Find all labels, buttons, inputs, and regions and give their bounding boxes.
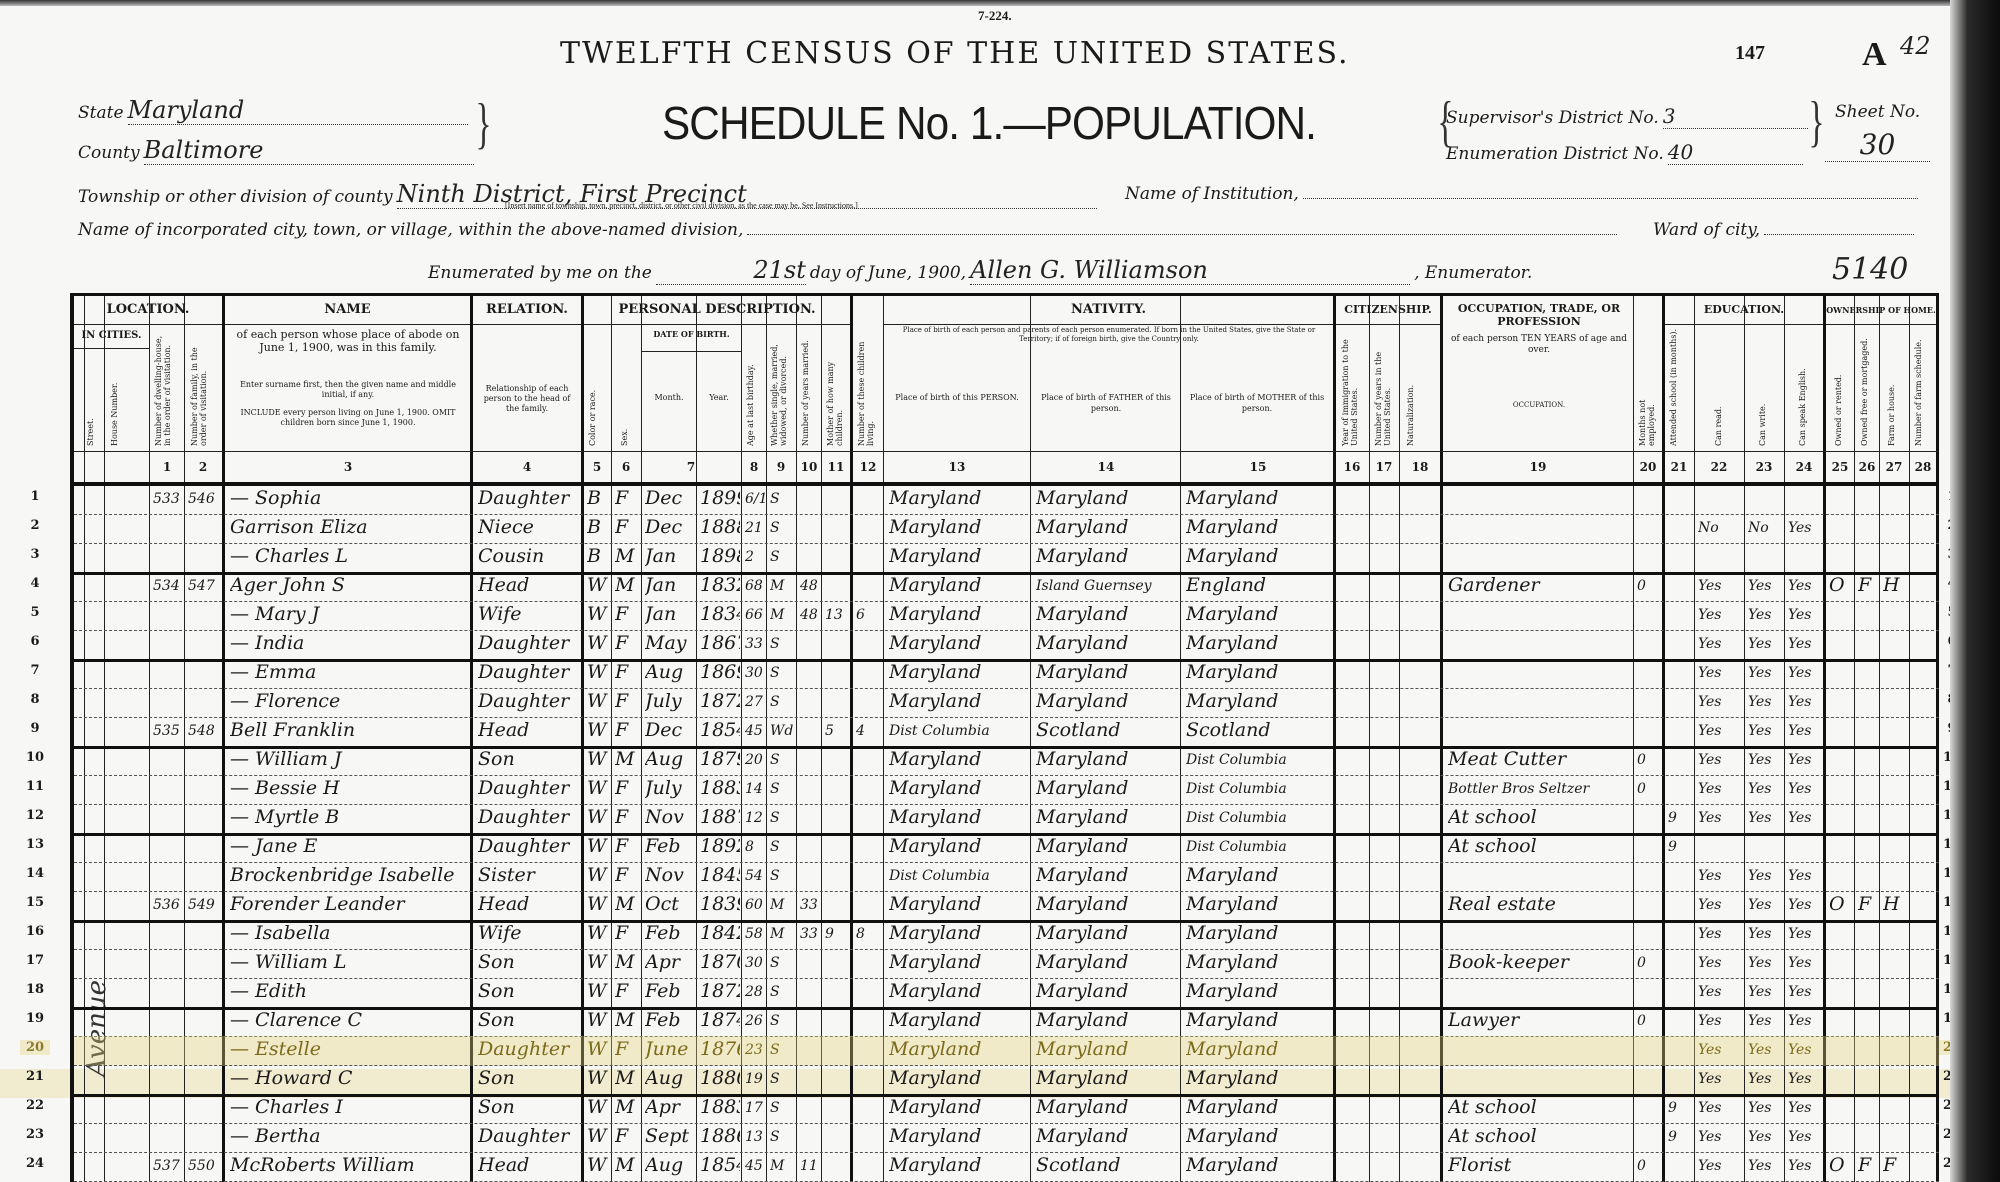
cell-read: Yes <box>1698 723 1743 739</box>
cell-speak: Yes <box>1788 984 1822 1000</box>
cell-name: — Bertha <box>230 1125 468 1147</box>
cell-rel: Cousin <box>478 545 578 567</box>
row-number-left: 20 <box>20 1040 50 1055</box>
cell-mu: 0 <box>1637 781 1661 797</box>
institution-value <box>1303 198 1918 199</box>
column-number: 26 <box>1852 460 1882 474</box>
cell-rel: Daughter <box>478 1125 578 1147</box>
cell-rel: Head <box>478 893 578 915</box>
cell-rel: Son <box>478 1096 578 1118</box>
cell-bf: Maryland <box>1036 893 1179 915</box>
cell-write: Yes <box>1748 810 1783 826</box>
enumerated-prefix: Enumerated by me on the <box>428 263 652 283</box>
row-number-left: 12 <box>20 808 50 823</box>
cell-color: W <box>587 864 610 886</box>
cell-write: Yes <box>1748 955 1783 971</box>
cell-bp: Maryland <box>889 1154 1029 1176</box>
cell-speak: Yes <box>1788 1158 1822 1174</box>
cell-color: W <box>587 719 610 741</box>
cell-mar: Wd <box>770 723 795 739</box>
cell-speak: Yes <box>1788 636 1822 652</box>
table-row[interactable]: — Clarence CSonWMFeb187426SMarylandMaryl… <box>74 1007 1939 1037</box>
cell-year: 1886 <box>700 1125 740 1147</box>
table-row[interactable]: 535548Bell FranklinHeadWFDec185445Wd54Di… <box>74 717 1939 749</box>
table-row[interactable]: — Howard CSonWMAug188019SMarylandMarylan… <box>74 1065 1939 1097</box>
cell-sex: M <box>615 1009 640 1031</box>
table-row[interactable]: — EdithSonWFFeb187228SMarylandMarylandMa… <box>74 978 1939 1010</box>
header-birth-father: Place of birth of FATHER of this person. <box>1036 392 1176 414</box>
cell-color: W <box>587 893 610 915</box>
cell-age: 19 <box>745 1071 765 1087</box>
cell-rel: Wife <box>478 922 578 944</box>
column-number: 24 <box>1789 460 1819 474</box>
cell-write: Yes <box>1748 781 1783 797</box>
schedule-title: SCHEDULE No. 1.—POPULATION. <box>662 96 1316 150</box>
column-number: 8 <box>739 460 769 474</box>
header-house-number: House Number. <box>110 356 119 446</box>
sheet-letter: A <box>1862 36 1887 74</box>
cell-year: 1842 <box>700 922 740 944</box>
table-row[interactable]: 537550McRoberts WilliamHeadWMAug185445M1… <box>74 1152 1939 1182</box>
cell-bm: Scotland <box>1186 719 1332 741</box>
header-dwelling: Number of dwelling-house, in the order o… <box>154 328 172 446</box>
cell-year: 1854 <box>700 1154 740 1176</box>
header-birth-person: Place of birth of this PERSON. <box>889 392 1025 403</box>
column-number: 5 <box>582 460 612 474</box>
cell-bm: Maryland <box>1186 1009 1332 1031</box>
cell-read: Yes <box>1698 1129 1743 1145</box>
cell-color: W <box>587 922 610 944</box>
enum-district-value: 40 <box>1668 140 1803 165</box>
cell-month: Nov <box>645 864 695 886</box>
county-field: County Baltimore <box>78 136 474 165</box>
cell-name: — Estelle <box>230 1038 468 1060</box>
cell-year: 1899 <box>700 487 740 509</box>
township-label: Township or other division of county <box>78 187 393 207</box>
cell-mu: 0 <box>1637 578 1661 594</box>
nativity-description: Place of birth of each person and parent… <box>892 326 1326 344</box>
cell-cl: 6 <box>856 607 882 623</box>
cell-speak: Yes <box>1788 1100 1822 1116</box>
cell-mar: S <box>770 636 795 652</box>
page-number: 147 <box>1735 42 1765 65</box>
cell-month: Aug <box>645 1067 695 1089</box>
cell-color: B <box>587 516 610 538</box>
header-naturalization: Naturalization. <box>1406 328 1415 446</box>
cell-sex: F <box>615 1038 640 1060</box>
cell-mar: M <box>770 897 795 913</box>
cell-bm: England <box>1186 574 1332 596</box>
table-row[interactable]: — BerthaDaughterWFSept188613SMarylandMar… <box>74 1123 1939 1153</box>
cell-read: No <box>1698 520 1743 536</box>
column-number: 15 <box>1243 460 1273 474</box>
cell-bf: Maryland <box>1036 1038 1179 1060</box>
cell-mar: S <box>770 694 795 710</box>
cell-bm: Maryland <box>1186 951 1332 973</box>
column-number: 23 <box>1749 460 1779 474</box>
cell-mar: S <box>770 868 795 884</box>
cell-sch: 9 <box>1668 810 1693 826</box>
table-row[interactable]: — Mary JWifeWFJan183466M48136MarylandMar… <box>74 601 1939 631</box>
cell-color: W <box>587 690 610 712</box>
column-number: 3 <box>333 460 363 474</box>
cell-mar: S <box>770 1100 795 1116</box>
cell-write: Yes <box>1748 752 1783 768</box>
cell-year: 1898 <box>700 545 740 567</box>
institution-field: Name of Institution, <box>1125 184 1918 204</box>
header-can-speak: Can speak English. <box>1798 328 1807 446</box>
cell-read: Yes <box>1698 984 1743 1000</box>
header-occupation-sub: OCCUPATION. <box>1446 400 1632 411</box>
county-value: Baltimore <box>144 136 474 165</box>
cell-read: Yes <box>1698 1071 1743 1087</box>
cell-year: 1874 <box>700 1009 740 1031</box>
cell-bm: Dist Columbia <box>1186 810 1332 826</box>
cell-year: 1834 <box>700 603 740 625</box>
table-row[interactable]: 534547Ager John SHeadWMJan183268M48Maryl… <box>74 572 1939 602</box>
column-number: 20 <box>1633 460 1663 474</box>
cell-sex: M <box>615 1067 640 1089</box>
cell-ym: 48 <box>800 607 820 623</box>
cell-mu: 0 <box>1637 1013 1661 1029</box>
table-row[interactable]: 536549Forender LeanderHeadWMOct183960M33… <box>74 891 1939 923</box>
cell-dwelling: 537 <box>153 1158 183 1174</box>
cell-sex: F <box>615 632 640 654</box>
cell-sex: F <box>615 487 640 509</box>
sheet-no-label: Sheet No. <box>1835 102 1920 122</box>
cell-rel: Son <box>478 748 578 770</box>
cell-name: Garrison Eliza <box>230 516 468 538</box>
cell-write: No <box>1748 520 1783 536</box>
cell-ym: 33 <box>800 926 820 942</box>
cell-color: W <box>587 603 610 625</box>
cell-own: O <box>1829 574 1853 596</box>
cell-color: W <box>587 1154 610 1176</box>
table-row[interactable]: — FlorenceDaughterWFJuly187227SMarylandM… <box>74 688 1939 718</box>
cell-write: Yes <box>1748 578 1783 594</box>
row-number-left: 17 <box>20 953 50 968</box>
row-number-left: 18 <box>20 982 50 997</box>
cell-name: Forender Leander <box>230 893 468 915</box>
census-title: TWELFTH CENSUS OF THE UNITED STATES. <box>560 36 1350 71</box>
cell-speak: Yes <box>1788 1129 1822 1145</box>
cell-name: — Bessie H <box>230 777 468 799</box>
cell-family: 547 <box>188 578 221 594</box>
cell-year: 1876 <box>700 1038 740 1060</box>
column-number: 13 <box>942 460 972 474</box>
cell-mar: M <box>770 1158 795 1174</box>
column-number: 6 <box>611 460 641 474</box>
cell-write: Yes <box>1748 665 1783 681</box>
header-family: Number of family, in the order of visita… <box>190 328 208 446</box>
table-row-highlighted[interactable]: — EstelleDaughterWFJune187623SMarylandMa… <box>74 1036 1939 1066</box>
row-number-left: 10 <box>20 750 50 765</box>
cell-occ: Meat Cutter <box>1448 748 1632 770</box>
row-number-left: 2 <box>20 518 50 533</box>
cell-rel: Daughter <box>478 835 578 857</box>
column-number: 4 <box>512 460 542 474</box>
cell-sex: F <box>615 835 640 857</box>
column-number: 25 <box>1825 460 1855 474</box>
cell-bm: Maryland <box>1186 922 1332 944</box>
cell-name: — William L <box>230 951 468 973</box>
supervisor-label: Supervisor's District No. <box>1446 108 1659 128</box>
cell-family: 546 <box>188 491 221 507</box>
row-number-left: 13 <box>20 837 50 852</box>
cell-bm: Maryland <box>1186 545 1332 567</box>
row-number-left: 19 <box>20 1011 50 1026</box>
cell-bp: Maryland <box>889 806 1029 828</box>
cell-occ: At school <box>1448 835 1632 857</box>
cell-color: W <box>587 1096 610 1118</box>
cell-name: — Edith <box>230 980 468 1002</box>
header-years-us: Number of years in the United States. <box>1374 328 1392 446</box>
cell-bm: Dist Columbia <box>1186 839 1332 855</box>
table-row[interactable]: — Bessie HDaughterWFJuly188314SMarylandM… <box>74 775 1939 805</box>
cell-sex: F <box>615 864 640 886</box>
cell-farm: H <box>1883 893 1908 915</box>
header-farm-schedule: Number of farm schedule. <box>1914 328 1923 446</box>
cell-age: 60 <box>745 897 765 913</box>
cell-name: — William J <box>230 748 468 770</box>
cell-mar: S <box>770 1129 795 1145</box>
header-personal-description: PERSONAL DESCRIPTION. <box>584 296 850 325</box>
cell-bp: Maryland <box>889 951 1029 973</box>
cell-mu: 0 <box>1637 1158 1661 1174</box>
cell-age: 28 <box>745 984 765 1000</box>
cell-year: 1872 <box>700 980 740 1002</box>
cell-name: Ager John S <box>230 574 468 596</box>
cell-bm: Maryland <box>1186 1038 1332 1060</box>
state-label: State <box>78 103 124 123</box>
cell-age: 30 <box>745 665 765 681</box>
column-number: 19 <box>1523 460 1553 474</box>
cell-speak: Yes <box>1788 781 1822 797</box>
header-years-married: Number of years married. <box>801 328 810 446</box>
cell-sch: 9 <box>1668 1129 1693 1145</box>
row-number-left: 8 <box>20 692 50 707</box>
table-row[interactable]: Brockenbridge IsabelleSisterWFNov184554S… <box>74 862 1939 892</box>
cell-bf: Maryland <box>1036 1096 1179 1118</box>
cell-sex: F <box>615 806 640 828</box>
state-value: Maryland <box>128 96 468 125</box>
institution-label: Name of Institution, <box>1125 184 1299 204</box>
cell-color: W <box>587 1009 610 1031</box>
scan-binding-edge <box>1950 0 2000 1182</box>
table-row[interactable]: — William JSonWMAug187920SMarylandMaryla… <box>74 746 1939 776</box>
cell-write: Yes <box>1748 984 1783 1000</box>
cell-read: Yes <box>1698 868 1743 884</box>
cell-sex: F <box>615 603 640 625</box>
occupation-description: of each person TEN YEARS of age and over… <box>1446 334 1632 356</box>
cell-sex: F <box>615 661 640 683</box>
cell-bm: Maryland <box>1186 516 1332 538</box>
cell-write: Yes <box>1748 868 1783 884</box>
column-number-row: 1234567891011121314151617181920212223242… <box>74 451 1939 486</box>
cell-bf: Maryland <box>1036 1009 1179 1031</box>
cell-age: 13 <box>745 1129 765 1145</box>
cell-own: O <box>1829 893 1853 915</box>
cell-year: 1880 <box>700 1067 740 1089</box>
cell-bf: Maryland <box>1036 777 1179 799</box>
header-owned-rented: Owned or rented. <box>1834 328 1843 446</box>
cell-bf: Maryland <box>1036 545 1179 567</box>
cell-write: Yes <box>1748 694 1783 710</box>
column-number: 9 <box>766 460 796 474</box>
cell-color: W <box>587 951 610 973</box>
cell-mar: S <box>770 665 795 681</box>
cell-bf: Maryland <box>1036 748 1179 770</box>
cell-rel: Daughter <box>478 1038 578 1060</box>
cell-occ: Gardener <box>1448 574 1632 596</box>
row-number-left: 14 <box>20 866 50 881</box>
cell-rel: Daughter <box>478 661 578 683</box>
cell-read: Yes <box>1698 694 1743 710</box>
cell-month: June <box>645 1038 695 1060</box>
cell-bf: Maryland <box>1036 632 1179 654</box>
cell-bm: Maryland <box>1186 864 1332 886</box>
cell-age: 68 <box>745 578 765 594</box>
ward-label: Ward of city, <box>1653 220 1760 240</box>
header-mother-of: Mother of how many children. <box>826 328 844 446</box>
cell-month: Apr <box>645 951 695 973</box>
cell-age: 45 <box>745 1158 765 1174</box>
cell-sex: F <box>615 980 640 1002</box>
cell-bm: Maryland <box>1186 632 1332 654</box>
cell-month: Feb <box>645 835 695 857</box>
row-number-left: 15 <box>20 895 50 910</box>
cell-bm: Dist Columbia <box>1186 781 1332 797</box>
cell-bf: Maryland <box>1036 980 1179 1002</box>
cell-sex: F <box>615 1125 640 1147</box>
cell-sex: M <box>615 1154 640 1176</box>
cell-age: 33 <box>745 636 765 652</box>
cell-color: W <box>587 777 610 799</box>
cell-cl: 4 <box>856 723 882 739</box>
column-number: 16 <box>1337 460 1367 474</box>
state-field: State Maryland <box>78 96 468 125</box>
header-location: LOCATION. <box>74 296 222 325</box>
header-sex: Sex. <box>620 328 629 446</box>
cell-read: Yes <box>1698 955 1743 971</box>
cell-bp: Maryland <box>889 487 1029 509</box>
header-month: Month. <box>642 392 696 403</box>
cell-ym: 11 <box>800 1158 820 1174</box>
cell-speak: Yes <box>1788 926 1822 942</box>
cell-bp: Maryland <box>889 980 1029 1002</box>
cell-age: 14 <box>745 781 765 797</box>
cell-name: Bell Franklin <box>230 719 468 741</box>
cell-bp: Maryland <box>889 777 1029 799</box>
cell-mar: S <box>770 1071 795 1087</box>
cell-color: B <box>587 545 610 567</box>
header-months-unemployed: Months not employed. <box>1638 360 1656 446</box>
column-number: 10 <box>794 460 824 474</box>
cell-occ: Book-keeper <box>1448 951 1632 973</box>
cell-year: 1832 <box>700 574 740 596</box>
table-row[interactable]: — Charles ISonWMApr188317SMarylandMaryla… <box>74 1094 1939 1124</box>
cell-bm: Maryland <box>1186 1096 1332 1118</box>
header-occupation: OCCUPATION, TRADE, OR PROFESSION <box>1446 302 1632 328</box>
cell-mar: M <box>770 578 795 594</box>
cell-rel: Head <box>478 1154 578 1176</box>
cell-free: F <box>1858 574 1878 596</box>
cell-family: 548 <box>188 723 221 739</box>
cell-read: Yes <box>1698 1042 1743 1058</box>
table-row[interactable]: — IsabellaWifeWFFeb184258M3398MarylandMa… <box>74 920 1939 950</box>
cell-bm: Maryland <box>1186 1067 1332 1089</box>
cell-bm: Maryland <box>1186 893 1332 915</box>
row-number-left: 4 <box>20 576 50 591</box>
ward-value <box>1764 234 1914 235</box>
cell-read: Yes <box>1698 578 1743 594</box>
table-row[interactable]: — EmmaDaughterWFAug186930SMarylandMaryla… <box>74 659 1939 689</box>
header-age: Age at last birthday. <box>746 328 755 446</box>
cell-bp: Maryland <box>889 1067 1029 1089</box>
cell-age: 23 <box>745 1042 765 1058</box>
cell-name: — Myrtle B <box>230 806 468 828</box>
cell-rel: Niece <box>478 516 578 538</box>
column-number: 7 <box>676 460 706 474</box>
row-number-left: 6 <box>20 634 50 649</box>
cell-bf: Scotland <box>1036 719 1179 741</box>
table-row[interactable]: — William LSonWMApr187030SMarylandMaryla… <box>74 949 1939 979</box>
cell-speak: Yes <box>1788 1013 1822 1029</box>
cell-occ: At school <box>1448 1096 1632 1118</box>
cell-year: 1869 <box>700 661 740 683</box>
brace-right: } <box>1808 90 1824 154</box>
cell-rel: Daughter <box>478 487 578 509</box>
cell-write: Yes <box>1748 1013 1783 1029</box>
cell-speak: Yes <box>1788 665 1822 681</box>
cell-write: Yes <box>1748 897 1783 913</box>
table-row[interactable]: — IndiaDaughterWFMay186733SMarylandMaryl… <box>74 630 1939 662</box>
cell-rel: Head <box>478 574 578 596</box>
cell-age: 17 <box>745 1100 765 1116</box>
cell-write: Yes <box>1748 1100 1783 1116</box>
cell-year: 1854 <box>700 719 740 741</box>
header-marital: Whether single, married, widowed, or div… <box>770 328 788 446</box>
column-number: 17 <box>1369 460 1399 474</box>
cell-year: 1892 <box>700 835 740 857</box>
city-value <box>747 234 1617 235</box>
cell-age: 45 <box>745 723 765 739</box>
table-row[interactable]: — Myrtle BDaughterWFNov188712SMarylandMa… <box>74 804 1939 836</box>
cell-mar: S <box>770 549 795 565</box>
cell-age: 6/12 <box>745 491 765 507</box>
cell-mar: S <box>770 1013 795 1029</box>
table-row[interactable]: Garrison ElizaNieceBFDec188821SMarylandM… <box>74 514 1939 544</box>
header-color: Color or race. <box>588 328 597 446</box>
row-number-left: 3 <box>20 547 50 562</box>
cell-bf: Maryland <box>1036 806 1179 828</box>
cell-year: 1888 <box>700 516 740 538</box>
cell-bm: Maryland <box>1186 690 1332 712</box>
cell-month: Feb <box>645 922 695 944</box>
cell-write: Yes <box>1748 1042 1783 1058</box>
table-row[interactable]: — Charles LCousinBMJan18982SMarylandMary… <box>74 543 1939 575</box>
cell-bp: Maryland <box>889 661 1029 683</box>
table-row[interactable]: 533546— SophiaDaughterBFDec18996/12SMary… <box>74 485 1939 515</box>
form-number: 7-224. <box>978 8 1012 24</box>
cell-sex: M <box>615 893 640 915</box>
cell-color: W <box>587 748 610 770</box>
table-row[interactable]: — Jane EDaughterWFFeb18928SMarylandMaryl… <box>74 833 1939 863</box>
cell-read: Yes <box>1698 607 1743 623</box>
cell-name: — Isabella <box>230 922 468 944</box>
cell-bp: Dist Columbia <box>889 868 1029 884</box>
cell-mu: 0 <box>1637 752 1661 768</box>
